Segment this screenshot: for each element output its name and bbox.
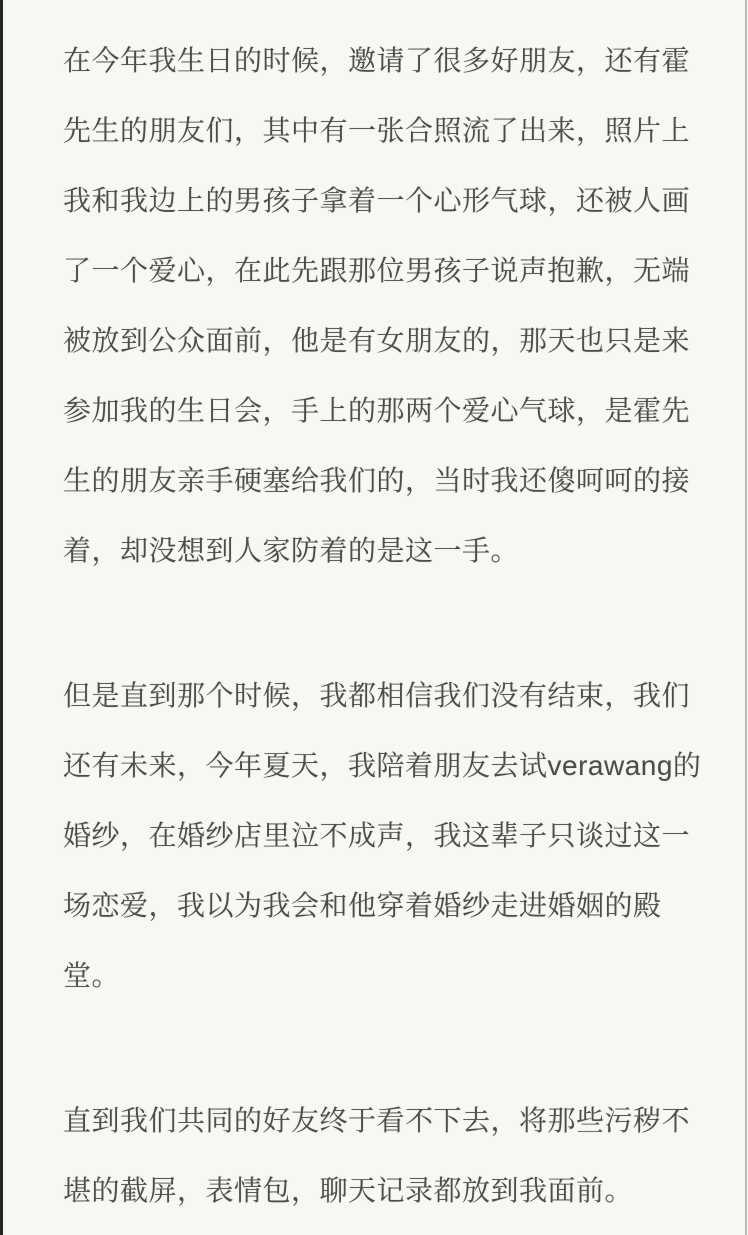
text-line: 生的朋友亲手硬塞给我们的，当时我还傻呵呵的接 <box>63 446 696 516</box>
text-line: 还有未来，今年夏天，我陪着朋友去试verawang的 <box>63 731 696 801</box>
text-line: 但是直到那个时候，我都相信我们没有结束，我们 <box>63 661 696 731</box>
text-line: 参加我的生日会，手上的那两个爱心气球，是霍先 <box>63 376 696 446</box>
text-line: 我和我边上的男孩子拿着一个心形气球，还被人画 <box>63 166 696 236</box>
text-line: 场恋爱，我以为我会和他穿着婚纱走进婚姻的殿 <box>63 871 696 941</box>
paragraph-2: 但是直到那个时候，我都相信我们没有结束，我们 还有未来，今年夏天，我陪着朋友去试… <box>63 661 696 1011</box>
text-screenshot-page: 在今年我生日的时候，邀请了很多好朋友，还有霍 先生的朋友们，其中有一张合照流了出… <box>0 0 748 1235</box>
text-line: 直到我们共同的好友终于看不下去，将那些污秽不 <box>63 1086 696 1156</box>
text-line: 在今年我生日的时候，邀请了很多好朋友，还有霍 <box>63 26 696 96</box>
paragraph-3: 直到我们共同的好友终于看不下去，将那些污秽不 堪的截屏，表情包，聊天记录都放到我… <box>63 1086 696 1226</box>
text-line: 被放到公众面前，他是有女朋友的，那天也只是来 <box>63 306 696 376</box>
text-line: 着，却没想到人家防着的是这一手。 <box>63 516 696 586</box>
content-area: 在今年我生日的时候，邀请了很多好朋友，还有霍 先生的朋友们，其中有一张合照流了出… <box>0 0 748 1226</box>
paragraph-1: 在今年我生日的时候，邀请了很多好朋友，还有霍 先生的朋友们，其中有一张合照流了出… <box>63 26 696 586</box>
text-line: 先生的朋友们，其中有一张合照流了出来，照片上 <box>63 96 696 166</box>
text-line: 了一个爱心，在此先跟那位男孩子说声抱歉，无端 <box>63 236 696 306</box>
text-line: 堪的截屏，表情包，聊天记录都放到我面前。 <box>63 1156 696 1226</box>
text-line: 婚纱，在婚纱店里泣不成声，我这辈子只谈过这一 <box>63 801 696 871</box>
text-line: 堂。 <box>63 941 696 1011</box>
